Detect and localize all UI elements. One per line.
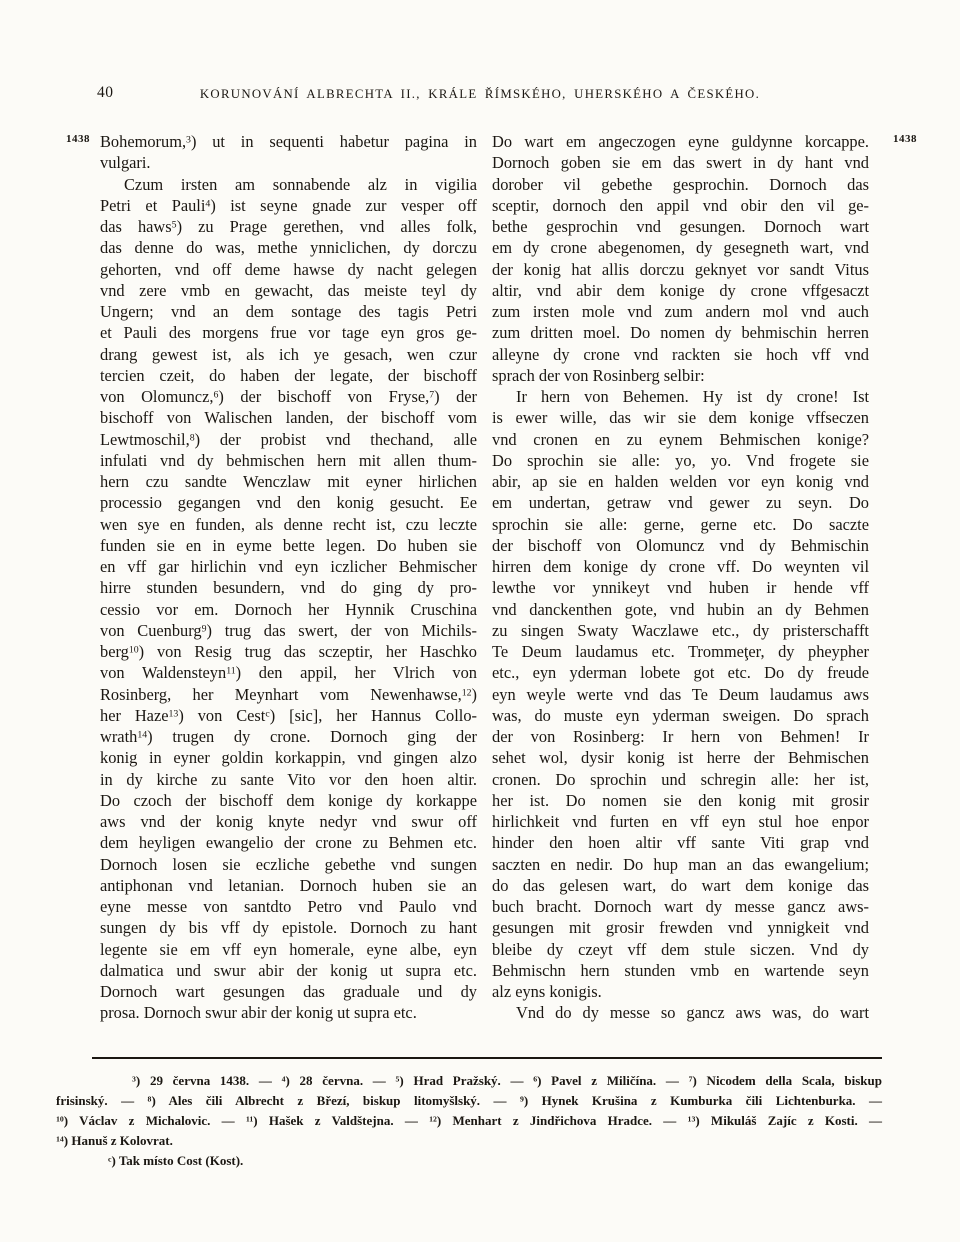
text-line: prosa. Dornoch swur abir der konig ut su… — [100, 1002, 477, 1023]
text-line: do das gelesen wart, do wart dem konige … — [492, 875, 869, 896]
footnotes: 3) 29 června 1438. — 4) 28 června. — 5) … — [56, 1071, 882, 1170]
footnote-marker: 5 — [172, 220, 177, 231]
text-line: Bohemorum,3) ut in sequenti habetur pagi… — [100, 131, 477, 152]
text-line: sungen dy bis vff dy epistole. Dornoch z… — [100, 917, 477, 938]
text-line: Lewtmoschil,8) der probist vnd thechand,… — [100, 429, 477, 450]
footnote-marker: 9 — [202, 623, 207, 634]
text-line: von Olomuncz,6) der bischoff von Fryse,7… — [100, 386, 477, 407]
text-line: Dornoch goben sie em das swert in dy han… — [492, 152, 869, 173]
footnote-marker: 7 — [429, 390, 434, 401]
text-line: alz eyns konigis. — [492, 981, 869, 1002]
text-line: Ungern; vnd an dem sontage des tagis Pet… — [100, 301, 477, 322]
text-line: drang gewest ist, als ich ye gesach, wen… — [100, 344, 477, 365]
text-line: bleibe dy czeyt vff dem stule siczen. Vn… — [492, 939, 869, 960]
text-line: cessio vor em. Dornoch her Hynnik Crusch… — [100, 599, 477, 620]
margin-year-right: 1438 — [893, 133, 917, 145]
text-line: 14) Hanuš z Kolovrat. — [56, 1131, 882, 1151]
main-text: Bohemorum,3) ut in sequenti habetur pagi… — [100, 131, 869, 1026]
text-line: hern czu sandte Wenczlaw mit eyner hirli… — [100, 471, 477, 492]
text-line: das denne do was, methe ynniclichen, dy … — [100, 237, 477, 258]
text-line: legente sie em vff eyn homerale, eyne al… — [100, 939, 477, 960]
text-line: wen sye en funden, als denne recht ist, … — [100, 514, 477, 535]
text-line: von Cuenburg9) trug das swert, der von M… — [100, 620, 477, 641]
text-line: vnd cronen en zu eynem Behmischen konige… — [492, 429, 869, 450]
text-line: 3) 29 června 1438. — 4) 28 června. — 5) … — [56, 1071, 882, 1091]
text-line: hirren dem konige dy crone vff. Do weynt… — [492, 556, 869, 577]
footnote-marker: 6 — [533, 1075, 537, 1084]
footnote-marker: 7 — [689, 1075, 693, 1084]
text-line: c) Tak místo Cost (Kost). — [56, 1151, 882, 1171]
text-line: Dornoch wart gesungen das graduale und d… — [100, 981, 477, 1002]
text-line: zu singen Swaty Waczlawe etc., dy priste… — [492, 620, 869, 641]
footnote-marker: 13 — [688, 1114, 696, 1123]
footnote-marker: 5 — [396, 1075, 400, 1084]
text-line: en vff gar hirlichin vnd eyn iczlicher B… — [100, 556, 477, 577]
footnote-divider — [92, 1057, 882, 1059]
text-line: eyne messe von santdto Petro vnd Paulo v… — [100, 896, 477, 917]
text-line: in dy kirche zu sante Vito vor den hoen … — [100, 769, 477, 790]
footnote-marker: 3 — [132, 1075, 136, 1084]
text-line: hinder den hoen altir vff sante Viti gra… — [492, 832, 869, 853]
text-line: hirre stunden besundern, vnd do ging dy … — [100, 577, 477, 598]
text-line: buch bracht. Dornoch wart dy messe gancz… — [492, 896, 869, 917]
text-line: antiphonan vnd letanian. Dornoch huben s… — [100, 875, 477, 896]
footnote-marker: c — [265, 708, 269, 719]
text-line: etc., eyn yderman lobete got etc. Do dy … — [492, 662, 869, 683]
text-line: bethe gesprochin vnd gesungen. Dornoch w… — [492, 216, 869, 237]
book-page: 40 KORUNOVÁNÍ ALBRECHTA II., KRÁLE ŘÍMSK… — [0, 0, 960, 1242]
footnote-marker: 12 — [429, 1114, 437, 1123]
text-line: der konig hat allis dorczu geknyet vor s… — [492, 259, 869, 280]
text-line: cronen. Do sprochin und schregin alle: h… — [492, 769, 869, 790]
footnote-marker: 12 — [462, 687, 472, 698]
text-line: hirlichkeit vnd furten en vff eyn stul h… — [492, 811, 869, 832]
footnote-marker: 8 — [190, 432, 195, 443]
footnote-marker: c — [108, 1154, 111, 1163]
text-line: altir, vnd abir dem konige dy crone vffg… — [492, 280, 869, 301]
text-line: Vnd do dy messe so gancz aws was, do war… — [492, 1002, 869, 1023]
text-line: gehorten, vnd off deme hawse dy nacht ge… — [100, 259, 477, 280]
footnote-marker: 6 — [213, 390, 218, 401]
text-line: vnd zere vmb en gewacht, das meiste teyl… — [100, 280, 477, 301]
text-line: Ir hern von Behemen. Hy ist dy crone! Is… — [492, 386, 869, 407]
text-line: frisinský. — 8) Ales čili Albrecht z Bře… — [56, 1091, 882, 1111]
text-line: vulgari. — [100, 152, 477, 173]
margin-year-left: 1438 — [66, 133, 90, 145]
text-line: berg10) von Resig trug das sczeptir, her… — [100, 641, 477, 662]
text-line: gesungen mit grosir frewden vnd ynnigkei… — [492, 917, 869, 938]
footnote-marker: 4 — [205, 198, 210, 209]
text-line: dalmatica und swur abir der konig ut sup… — [100, 960, 477, 981]
text-line: zum irsten mole vnd zum andern mol vnd a… — [492, 301, 869, 322]
text-line: zum dritten moel. Do nomen dy behmischin… — [492, 322, 869, 343]
footnote-marker: 4 — [282, 1075, 286, 1084]
text-line: Rosinberg, her Meynhart vom Newenhawse,1… — [100, 684, 477, 705]
text-line: Dornoch losen sie eczliche gebethe vnd s… — [100, 854, 477, 875]
footnote-marker: 10 — [129, 645, 139, 656]
text-line: em undertan, getraw vnd gewer zu seyn. D… — [492, 492, 869, 513]
text-line: bischoff von Walischen landen, der bisch… — [100, 407, 477, 428]
text-line: abir, ap sie en halden welden vor eyn ko… — [492, 471, 869, 492]
text-line: von Waldensteyn11) den appil, her Vlrich… — [100, 662, 477, 683]
text-line: das haws5) zu Prage gerethen, vnd alles … — [100, 216, 477, 237]
footnote-marker: 14 — [137, 730, 147, 741]
text-line: der bischoff von Olomuncz vnd dy Behmisc… — [492, 535, 869, 556]
text-line: Czum irsten am sonnabende alz in vigilia — [100, 174, 477, 195]
text-line: was, do muste eyn yderman sweigen. Do sp… — [492, 705, 869, 726]
text-line: Te Deum laudamus etc. Trommeţer, dy phey… — [492, 641, 869, 662]
footnote-marker: 11 — [226, 666, 235, 677]
footnote-marker: 9 — [520, 1094, 524, 1103]
running-header: KORUNOVÁNÍ ALBRECHTA II., KRÁLE ŘÍMSKÉHO… — [0, 87, 960, 102]
text-line: vnd danckenthen gote, vnd hubin an dy Be… — [492, 599, 869, 620]
text-line: her ist. Do nomen sie den konig mit gros… — [492, 790, 869, 811]
text-line: aws vnd der konig knyte nedyr vnd swur o… — [100, 811, 477, 832]
footnote-marker: 14 — [56, 1134, 64, 1143]
text-line: eyn weyle werte vnd das Te Deum laudamus… — [492, 684, 869, 705]
text-line: is ewer wille, das wir sie dem konige vf… — [492, 407, 869, 428]
text-line: sprach der von Rosinberg selbir: — [492, 365, 869, 386]
footnote-marker: 13 — [169, 708, 179, 719]
text-line: sprochin sie alle: gerne, gerne etc. Do … — [492, 514, 869, 535]
text-line: saczten en nedir. Do hup man an das ewan… — [492, 854, 869, 875]
text-line: sehet wol, dysir konig ist herre der Beh… — [492, 747, 869, 768]
text-line: lewthe vor ynnikeyt vnd huben ir hende v… — [492, 577, 869, 598]
text-line: wrath14) trugen dy crone. Dornoch ging d… — [100, 726, 477, 747]
footnote-marker: 11 — [246, 1114, 253, 1123]
text-line: dem heyligen ewangelio der crone zu Behm… — [100, 832, 477, 853]
text-line: konig in eyner goldin korkappin, vnd gin… — [100, 747, 477, 768]
text-line: Do czoch der bischoff dem konige dy kork… — [100, 790, 477, 811]
text-line: Petri et Pauli4) ist seyne gnade zur ves… — [100, 195, 477, 216]
footnote-marker: 8 — [148, 1094, 152, 1103]
text-line: et Pauli des morgens frue vor tage eyn g… — [100, 322, 477, 343]
right-column: Do wart em angeczogen eyne guldynne korc… — [492, 131, 869, 1024]
text-line: infulati vnd dy behmischen hern mit alle… — [100, 450, 477, 471]
text-line: dorober vil gebethe gesprochin. Dornoch … — [492, 174, 869, 195]
footnote-marker: 3 — [186, 135, 191, 146]
text-line: her Haze13) von Cestc) [sic], her Hannus… — [100, 705, 477, 726]
text-line: tercien czeit, do haben der legate, der … — [100, 365, 477, 386]
text-line: Do wart em angeczogen eyne guldynne korc… — [492, 131, 869, 152]
text-line: em dy crone abegenomen, dy gesegneth war… — [492, 237, 869, 258]
left-column: Bohemorum,3) ut in sequenti habetur pagi… — [100, 131, 477, 1024]
text-line: Behmischn hern stunden vmb en wartende s… — [492, 960, 869, 981]
text-line: der von Rosinberg: Ir hern von Behmen! I… — [492, 726, 869, 747]
text-line: 10) Václav z Michalovic. — 11) Hašek z V… — [56, 1111, 882, 1131]
text-line: sceptir, dornoch den appil vnd obir den … — [492, 195, 869, 216]
text-line: processio gegangen vnd den konig gesucht… — [100, 492, 477, 513]
footnote-marker: 10 — [56, 1114, 64, 1123]
text-line: alleyne dy crone vnd rackten sie hoch vf… — [492, 344, 869, 365]
text-line: Do sprochin sie alle: yo, yo. Vnd froget… — [492, 450, 869, 471]
text-line: funden sie en in eyme bette legen. Do hu… — [100, 535, 477, 556]
